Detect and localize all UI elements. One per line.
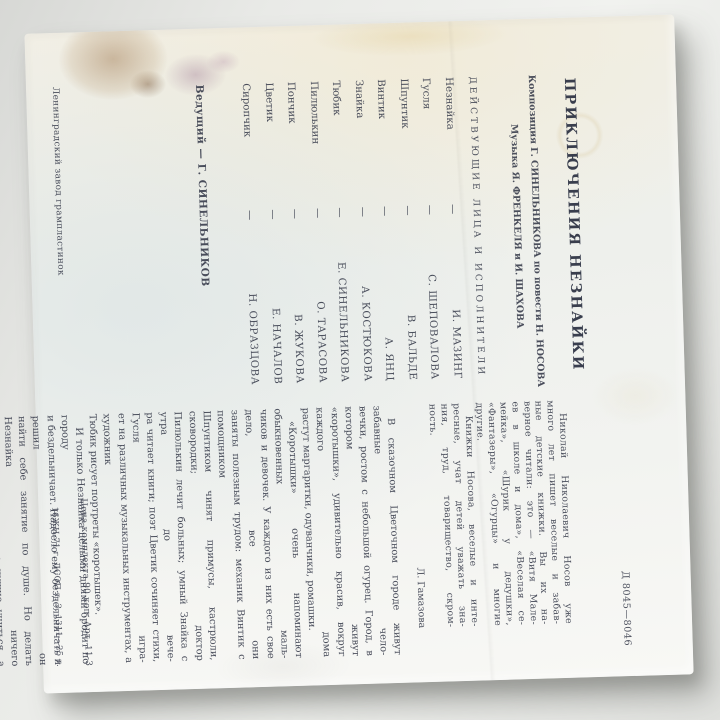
sleeve-printed-content: Д 8045—8046 ПРИКЛЮЧЕНИЯ НЕЗНАЙКИ Компози…: [24, 15, 693, 694]
cast-dash: —: [244, 189, 257, 241]
cast-dash: —: [311, 187, 324, 239]
author-bio: Николай Николаевич Носов ужемного лет пи…: [426, 400, 574, 628]
music-credit: Музыка Я. ФРЕНКЕЛЯ и И. ШАХОВА: [507, 75, 527, 377]
cast-dash: —: [446, 183, 459, 235]
pressing-plant-imprint: Ленинградский завод грампластинок: [50, 87, 66, 276]
photo-scene: Д 8045—8046 ПРИКЛЮЧЕНИЯ НЕЗНАЙКИ Компози…: [0, 0, 720, 720]
host-line: Ведущий — Г. СИНЕЛЬНИКОВ: [193, 84, 214, 386]
album-title: ПРИКЛЮЧЕНИЯ НЕЗНАЙКИ: [561, 73, 587, 375]
cast-performer: И. МАЗИНГ: [448, 235, 463, 379]
cast-dash: —: [423, 184, 436, 236]
cast-dash: —: [401, 184, 414, 236]
cast-list: Незнайка — И. МАЗИНГ Гусля — С. ШЕПОВАЛО…: [229, 77, 463, 386]
cast-role: Незнайка: [443, 77, 457, 183]
cast-dash: —: [356, 186, 369, 238]
cast-dash: —: [289, 188, 302, 240]
bio-signature: Л. Гамазова: [410, 404, 428, 628]
catalog-number: Д 8045—8046: [620, 571, 633, 646]
cast-dash: —: [266, 188, 279, 240]
cast-dash: —: [334, 186, 347, 238]
record-sleeve-back: Д 8045—8046 ПРИКЛЮЧЕНИЯ НЕЗНАЙКИ Компози…: [24, 15, 693, 694]
composition-credit: Композиция Г. СИНЕЛЬНИКОВА по повести Н.…: [526, 75, 546, 377]
cast-column: ПРИКЛЮЧЕНИЯ НЕЗНАЙКИ Композиция Г. СИНЕЛ…: [193, 73, 587, 386]
cast-dash: —: [379, 185, 392, 237]
cast-header: ДЕЙСТВУЮЩИЕ ЛИЦА И ИСПОЛНИТЕЛИ: [467, 76, 486, 378]
